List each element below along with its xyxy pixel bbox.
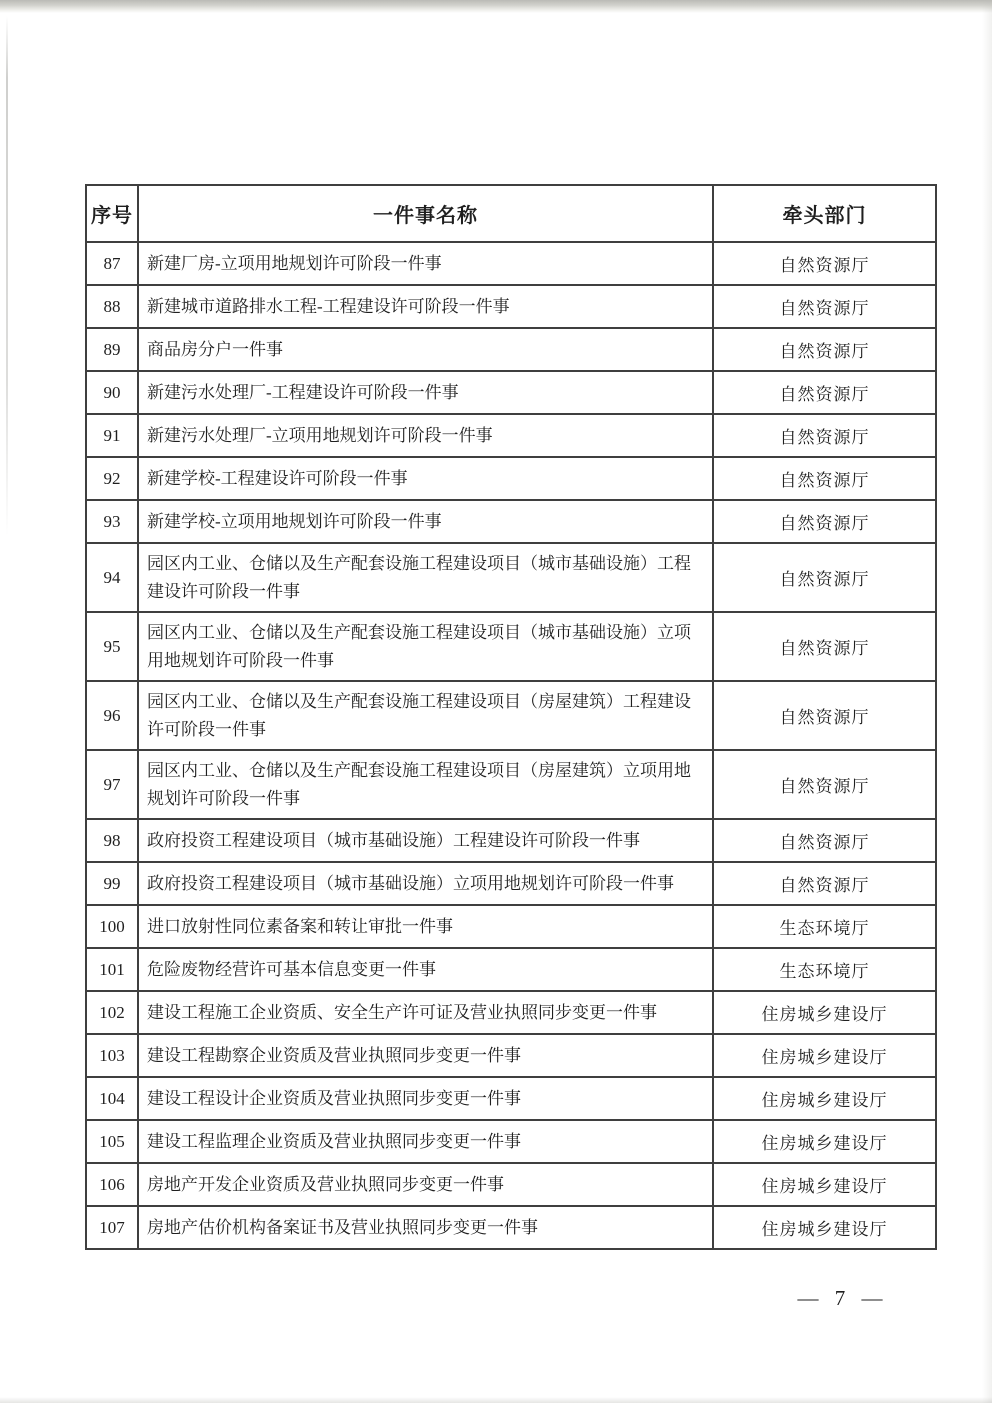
header-row: 序号 一件事名称 牵头部门: [86, 185, 936, 242]
row-seq-no: 95: [86, 612, 138, 681]
row-lead-department: 自然资源厅: [713, 750, 936, 819]
row-matter-name: 园区内工业、仓储以及生产配套设施工程建设项目（城市基础设施）立项用地规划许可阶段…: [138, 612, 713, 681]
row-matter-name: 建设工程设计企业资质及营业执照同步变更一件事: [138, 1077, 713, 1120]
row-matter-name: 建设工程施工企业资质、安全生产许可证及营业执照同步变更一件事: [138, 991, 713, 1034]
row-seq-no: 103: [86, 1034, 138, 1077]
header-seq-no: 序号: [86, 185, 138, 242]
table-row: 93新建学校-立项用地规划许可阶段一件事自然资源厅: [86, 500, 936, 543]
row-lead-department: 住房城乡建设厅: [713, 1206, 936, 1249]
row-seq-no: 91: [86, 414, 138, 457]
row-seq-no: 87: [86, 242, 138, 285]
row-lead-department: 生态环境厅: [713, 948, 936, 991]
scan-edge-left: [6, 16, 8, 536]
row-seq-no: 102: [86, 991, 138, 1034]
row-matter-name: 政府投资工程建设项目（城市基础设施）立项用地规划许可阶段一件事: [138, 862, 713, 905]
row-seq-no: 106: [86, 1163, 138, 1206]
row-lead-department: 自然资源厅: [713, 819, 936, 862]
row-seq-no: 99: [86, 862, 138, 905]
row-lead-department: 自然资源厅: [713, 612, 936, 681]
table-row: 95园区内工业、仓储以及生产配套设施工程建设项目（城市基础设施）立项用地规划许可…: [86, 612, 936, 681]
row-lead-department: 自然资源厅: [713, 500, 936, 543]
row-lead-department: 住房城乡建设厅: [713, 1034, 936, 1077]
row-lead-department: 自然资源厅: [713, 285, 936, 328]
row-matter-name: 新建城市道路排水工程-工程建设许可阶段一件事: [138, 285, 713, 328]
row-seq-no: 96: [86, 681, 138, 750]
table-row: 96园区内工业、仓储以及生产配套设施工程建设项目（房屋建筑）工程建设许可阶段一件…: [86, 681, 936, 750]
page-number: — 7 —: [772, 1286, 908, 1311]
row-matter-name: 园区内工业、仓储以及生产配套设施工程建设项目（房屋建筑）工程建设许可阶段一件事: [138, 681, 713, 750]
scan-edge-top: [0, 0, 992, 13]
table-row: 92新建学校-工程建设许可阶段一件事自然资源厅: [86, 457, 936, 500]
row-seq-no: 94: [86, 543, 138, 612]
row-matter-name: 建设工程监理企业资质及营业执照同步变更一件事: [138, 1120, 713, 1163]
table-row: 103建设工程勘察企业资质及营业执照同步变更一件事住房城乡建设厅: [86, 1034, 936, 1077]
row-lead-department: 住房城乡建设厅: [713, 1077, 936, 1120]
row-matter-name: 新建学校-工程建设许可阶段一件事: [138, 457, 713, 500]
one-matter-list-table: 序号 一件事名称 牵头部门 87新建厂房-立项用地规划许可阶段一件事自然资源厅8…: [85, 184, 937, 1250]
row-lead-department: 自然资源厅: [713, 681, 936, 750]
row-lead-department: 住房城乡建设厅: [713, 1163, 936, 1206]
row-lead-department: 自然资源厅: [713, 242, 936, 285]
row-lead-department: 住房城乡建设厅: [713, 1120, 936, 1163]
row-lead-department: 自然资源厅: [713, 328, 936, 371]
row-matter-name: 政府投资工程建设项目（城市基础设施）工程建设许可阶段一件事: [138, 819, 713, 862]
row-seq-no: 97: [86, 750, 138, 819]
table-row: 102建设工程施工企业资质、安全生产许可证及营业执照同步变更一件事住房城乡建设厅: [86, 991, 936, 1034]
scan-edge-bottom: [0, 1397, 992, 1403]
row-seq-no: 104: [86, 1077, 138, 1120]
row-matter-name: 房地产估价机构备案证书及营业执照同步变更一件事: [138, 1206, 713, 1249]
row-seq-no: 88: [86, 285, 138, 328]
row-seq-no: 100: [86, 905, 138, 948]
table-header: 序号 一件事名称 牵头部门: [86, 185, 936, 242]
row-matter-name: 进口放射性同位素备案和转让审批一件事: [138, 905, 713, 948]
table-row: 91新建污水处理厂-立项用地规划许可阶段一件事自然资源厅: [86, 414, 936, 457]
table-row: 107房地产估价机构备案证书及营业执照同步变更一件事住房城乡建设厅: [86, 1206, 936, 1249]
row-matter-name: 新建污水处理厂-立项用地规划许可阶段一件事: [138, 414, 713, 457]
row-matter-name: 园区内工业、仓储以及生产配套设施工程建设项目（城市基础设施）工程建设许可阶段一件…: [138, 543, 713, 612]
row-lead-department: 自然资源厅: [713, 371, 936, 414]
row-seq-no: 101: [86, 948, 138, 991]
table-row: 104建设工程设计企业资质及营业执照同步变更一件事住房城乡建设厅: [86, 1077, 936, 1120]
table-row: 105建设工程监理企业资质及营业执照同步变更一件事住房城乡建设厅: [86, 1120, 936, 1163]
row-matter-name: 危险废物经营许可基本信息变更一件事: [138, 948, 713, 991]
row-lead-department: 自然资源厅: [713, 543, 936, 612]
row-seq-no: 93: [86, 500, 138, 543]
row-lead-department: 自然资源厅: [713, 457, 936, 500]
table-row: 101危险废物经营许可基本信息变更一件事生态环境厅: [86, 948, 936, 991]
scan-edge-right: [982, 0, 992, 1403]
table-row: 100进口放射性同位素备案和转让审批一件事生态环境厅: [86, 905, 936, 948]
row-lead-department: 住房城乡建设厅: [713, 991, 936, 1034]
row-seq-no: 90: [86, 371, 138, 414]
table-row: 98政府投资工程建设项目（城市基础设施）工程建设许可阶段一件事自然资源厅: [86, 819, 936, 862]
table-row: 94园区内工业、仓储以及生产配套设施工程建设项目（城市基础设施）工程建设许可阶段…: [86, 543, 936, 612]
table-row: 88新建城市道路排水工程-工程建设许可阶段一件事自然资源厅: [86, 285, 936, 328]
table-row: 97园区内工业、仓储以及生产配套设施工程建设项目（房屋建筑）立项用地规划许可阶段…: [86, 750, 936, 819]
row-seq-no: 105: [86, 1120, 138, 1163]
row-matter-name: 新建学校-立项用地规划许可阶段一件事: [138, 500, 713, 543]
row-matter-name: 建设工程勘察企业资质及营业执照同步变更一件事: [138, 1034, 713, 1077]
row-lead-department: 生态环境厅: [713, 905, 936, 948]
table-row: 99政府投资工程建设项目（城市基础设施）立项用地规划许可阶段一件事自然资源厅: [86, 862, 936, 905]
header-matter-name: 一件事名称: [138, 185, 713, 242]
row-lead-department: 自然资源厅: [713, 862, 936, 905]
table-row: 89商品房分户一件事自然资源厅: [86, 328, 936, 371]
row-seq-no: 89: [86, 328, 138, 371]
header-lead-department: 牵头部门: [713, 185, 936, 242]
row-seq-no: 107: [86, 1206, 138, 1249]
row-matter-name: 房地产开发企业资质及营业执照同步变更一件事: [138, 1163, 713, 1206]
table-row: 87新建厂房-立项用地规划许可阶段一件事自然资源厅: [86, 242, 936, 285]
table-row: 90新建污水处理厂-工程建设许可阶段一件事自然资源厅: [86, 371, 936, 414]
row-lead-department: 自然资源厅: [713, 414, 936, 457]
table-row: 106房地产开发企业资质及营业执照同步变更一件事住房城乡建设厅: [86, 1163, 936, 1206]
row-matter-name: 新建污水处理厂-工程建设许可阶段一件事: [138, 371, 713, 414]
row-seq-no: 92: [86, 457, 138, 500]
table-body: 87新建厂房-立项用地规划许可阶段一件事自然资源厅88新建城市道路排水工程-工程…: [86, 242, 936, 1249]
row-matter-name: 商品房分户一件事: [138, 328, 713, 371]
row-seq-no: 98: [86, 819, 138, 862]
row-matter-name: 新建厂房-立项用地规划许可阶段一件事: [138, 242, 713, 285]
row-matter-name: 园区内工业、仓储以及生产配套设施工程建设项目（房屋建筑）立项用地规划许可阶段一件…: [138, 750, 713, 819]
